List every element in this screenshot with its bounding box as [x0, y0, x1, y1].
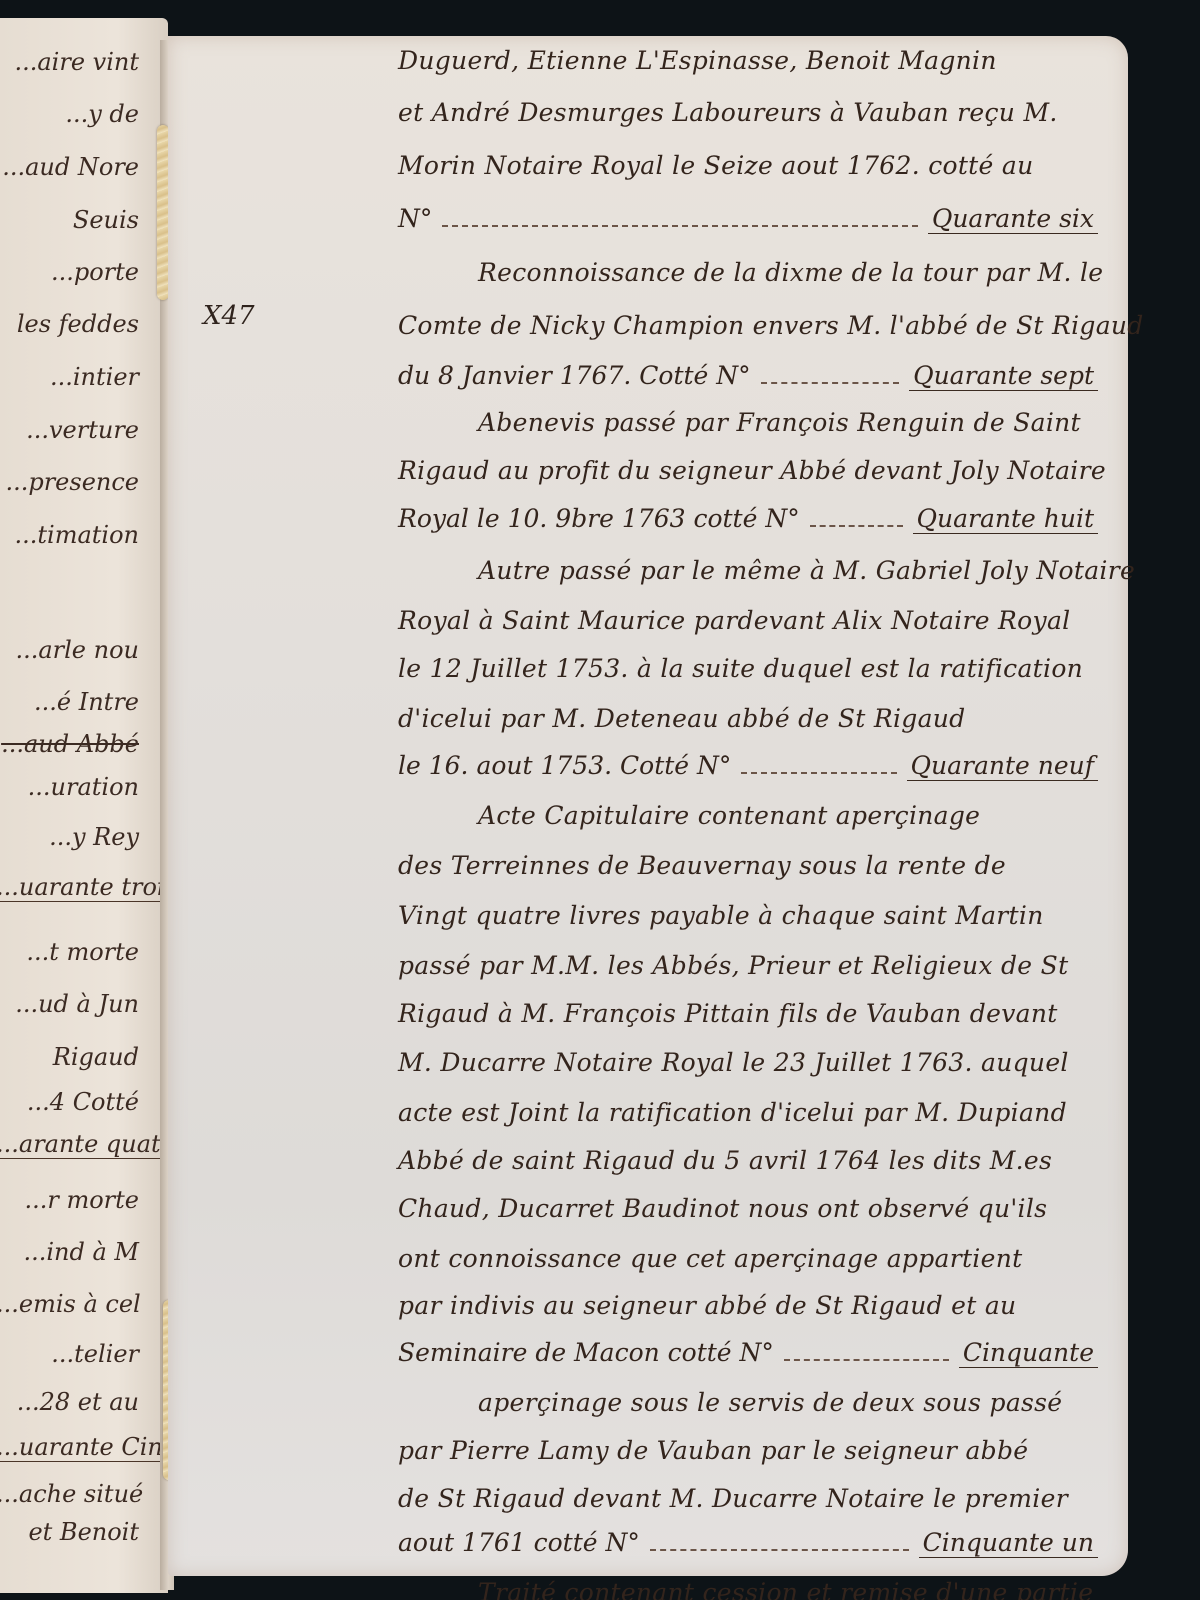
cote-lead: du 8 Janvier 1767. Cotté N° — [398, 361, 751, 390]
left-fragment-line: ...porte — [0, 258, 161, 286]
left-fragment-line: ...emis à cel — [0, 1290, 161, 1318]
cote-lead: Seminaire de Macon cotté N° — [398, 1338, 774, 1367]
cote-number: Quarante huit — [913, 504, 1099, 534]
left-fragment-line: ...aire vint — [0, 48, 161, 76]
left-fragment-line: Seuis — [0, 206, 161, 234]
left-fragment-line: ...é Intre — [0, 688, 161, 716]
entry-line: Vingt quatre livres payable à chaque sai… — [398, 901, 1098, 930]
left-fragment-line: ...telier — [0, 1340, 161, 1368]
left-fragment-line: ...t morte — [0, 938, 161, 966]
left-fragment-line: ...y de — [0, 100, 161, 128]
cote-number: Quarante sept — [909, 361, 1098, 391]
left-fragment-cote: ...arante quatre — [0, 1130, 161, 1159]
cote-number: Cinquante un — [919, 1528, 1098, 1558]
entry-line: et André Desmurges Laboureurs à Vauban r… — [398, 98, 1098, 127]
entry-line: par indivis au seigneur abbé de St Rigau… — [398, 1291, 1098, 1320]
left-fragment-cote: ...uarante trois — [0, 873, 161, 902]
entry-line: des Terreinnes de Beauvernay sous la ren… — [398, 851, 1098, 880]
entry-line: Acte Capitulaire contenant aperçinage — [478, 801, 1098, 830]
left-page: ...aire vint ...y de ...aud Nore Seuis .… — [0, 18, 168, 1593]
cote-lead: N° — [398, 204, 432, 233]
entry-line: Reconnoissance de la dixme de la tour pa… — [478, 258, 1098, 287]
leader-dots — [784, 1359, 949, 1361]
left-fragment-line: ...presence — [0, 468, 161, 496]
left-fragment-line: ...aud Nore — [0, 153, 161, 181]
entry-line: Autre passé par le même à M. Gabriel Jol… — [478, 556, 1098, 585]
left-fragment-line: ...28 et au — [0, 1388, 161, 1416]
cote-lead: le 16. aout 1753. Cotté N° — [398, 751, 731, 780]
leader-dots — [650, 1549, 909, 1551]
left-fragment-line: ...timation — [0, 521, 161, 549]
leader-dots — [741, 772, 896, 774]
entry-line: ont connoissance que cet aperçinage appa… — [398, 1244, 1098, 1273]
entry-line: Rigaud au profit du seigneur Abbé devant… — [398, 456, 1098, 485]
cote-row: le 16. aout 1753. Cotté N° Quarante neuf — [398, 751, 1098, 781]
entry-line: M. Ducarre Notaire Royal le 23 Juillet 1… — [398, 1048, 1098, 1077]
entry-line: acte est Joint la ratification d'icelui … — [398, 1098, 1098, 1127]
left-fragment-line: ...ind à M — [0, 1238, 161, 1266]
left-fragment-line: ...arle nou — [0, 636, 161, 664]
left-fragment-line: ...intier — [0, 363, 161, 391]
left-fragment-line-struck: ...aud Abbé — [0, 730, 161, 758]
cote-row: aout 1761 cotté N° Cinquante un — [398, 1528, 1098, 1558]
leader-dots — [442, 225, 917, 227]
cote-number: Cinquante — [959, 1338, 1098, 1368]
left-fragment-line: ...4 Cotté — [0, 1088, 161, 1116]
entry-line: Royal à Saint Maurice pardevant Alix Not… — [398, 606, 1098, 635]
left-fragment-line: ...y Rey — [0, 823, 161, 851]
entry-line: aperçinage sous le servis de deux sous p… — [478, 1388, 1098, 1417]
left-fragment-line: et Benoit — [0, 1518, 161, 1546]
cote-number: Quarante six — [928, 204, 1098, 234]
right-page: X47 Duguerd, Etienne L'Espinasse, Benoit… — [168, 36, 1128, 1576]
cote-row: du 8 Janvier 1767. Cotté N° Quarante sep… — [398, 361, 1098, 391]
left-fragment-line: ...ud à Jun — [0, 990, 161, 1018]
entry-line: Morin Notaire Royal le Seize aout 1762. … — [398, 151, 1098, 180]
left-fragment-line: Rigaud — [0, 1043, 161, 1071]
cote-lead: Royal le 10. 9bre 1763 cotté N° — [398, 504, 800, 533]
left-fragment-cote: ...uarante Cinq — [0, 1433, 161, 1462]
entry-line: Rigaud à M. François Pittain fils de Vau… — [398, 999, 1098, 1028]
entry-line: Traité contenant cession et remise d'une… — [478, 1578, 1098, 1600]
left-fragment-line: ...ache situé — [0, 1480, 161, 1508]
leader-dots — [761, 382, 899, 384]
left-fragment-line: ...r morte — [0, 1186, 161, 1214]
left-fragment-line: ...uration — [0, 773, 161, 801]
left-fragment-line: les feddes — [0, 310, 161, 338]
entry-line: Abenevis passé par François Renguin de S… — [478, 408, 1098, 437]
entry-line: par Pierre Lamy de Vauban par le seigneu… — [398, 1436, 1098, 1465]
margin-note: X47 — [203, 301, 255, 331]
entry-line: le 12 Juillet 1753. à la suite duquel es… — [398, 654, 1098, 683]
cote-row: N° Quarante six — [398, 204, 1098, 234]
cote-lead: aout 1761 cotté N° — [398, 1528, 640, 1557]
entry-line: Chaud, Ducarret Baudinot nous ont observ… — [398, 1194, 1098, 1223]
left-fragment-line: ...verture — [0, 416, 161, 444]
entry-line: Comte de Nicky Champion envers M. l'abbé… — [398, 311, 1098, 340]
entry-line: passé par M.M. les Abbés, Prieur et Reli… — [398, 951, 1098, 980]
entry-line: Abbé de saint Rigaud du 5 avril 1764 les… — [398, 1146, 1098, 1175]
struck-text: ...aud Abbé — [1, 730, 139, 758]
cote-row: Seminaire de Macon cotté N° Cinquante — [398, 1338, 1098, 1368]
cote-number: Quarante neuf — [907, 751, 1099, 781]
entry-line: Duguerd, Etienne L'Espinasse, Benoit Mag… — [398, 46, 1098, 75]
entry-line: de St Rigaud devant M. Ducarre Notaire l… — [398, 1484, 1098, 1513]
entry-line: d'icelui par M. Deteneau abbé de St Riga… — [398, 704, 1098, 733]
leader-dots — [810, 525, 903, 527]
cote-row: Royal le 10. 9bre 1763 cotté N° Quarante… — [398, 504, 1098, 534]
